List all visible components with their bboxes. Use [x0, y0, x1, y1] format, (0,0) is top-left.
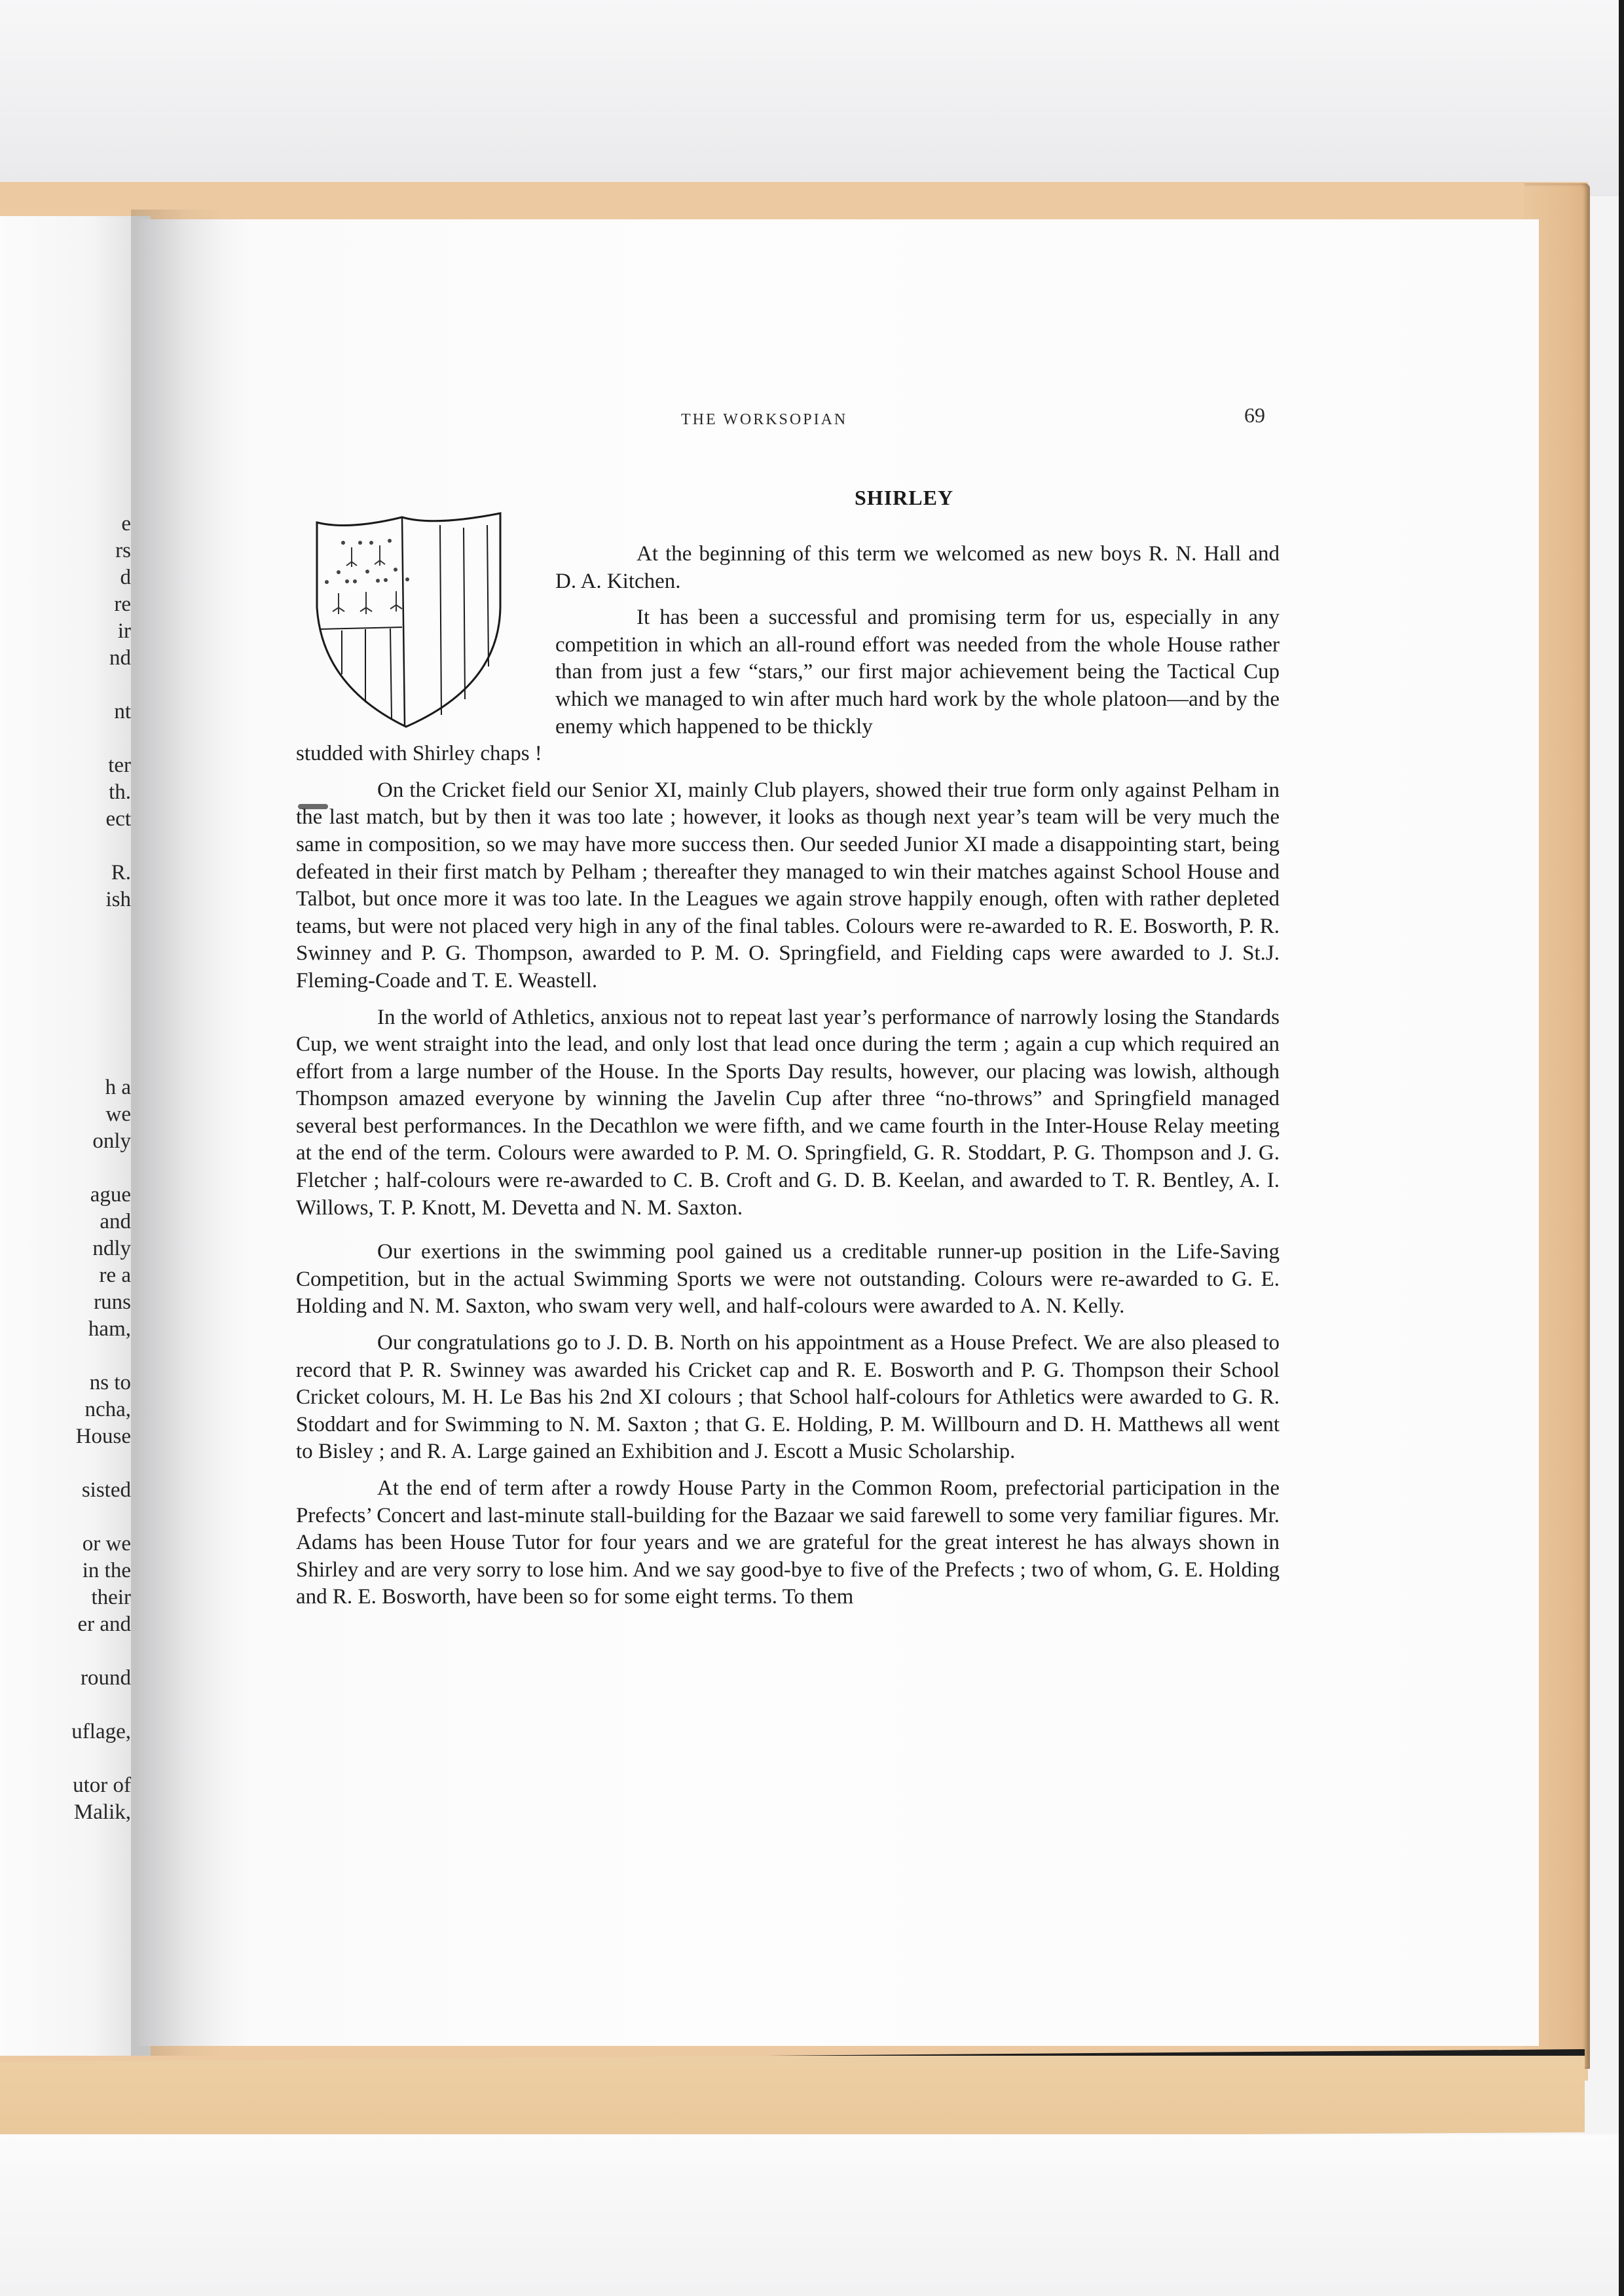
- left-page-line-fragment: er and: [0, 1611, 131, 1638]
- left-page-line-fragment: House: [0, 1423, 131, 1450]
- scanner-background-bottom: [0, 2134, 1624, 2296]
- left-page-line-fragment: [0, 1638, 131, 1665]
- left-page-line-fragment: [0, 1343, 131, 1370]
- left-page-line-fragment: [0, 725, 131, 752]
- left-page-line-fragment: ter: [0, 752, 131, 779]
- paragraph-end-of-term: At the end of term after a rowdy House P…: [296, 1475, 1280, 1611]
- left-page-line-fragment: we: [0, 1101, 131, 1128]
- left-page-line-fragment: re a: [0, 1262, 131, 1289]
- paragraph-athletics: In the world of Athletics, anxious not t…: [296, 1004, 1280, 1222]
- article-title: SHIRLEY: [855, 486, 953, 510]
- left-page-line-fragment: [0, 1048, 131, 1074]
- left-page-line-fragment: ham,: [0, 1316, 131, 1343]
- paragraph-congratulations: Our congratulations go to J. D. B. North…: [296, 1330, 1280, 1466]
- page-number: 69: [1244, 403, 1265, 428]
- scanner-background-top: [0, 0, 1624, 196]
- left-page-line-fragment: nd: [0, 645, 131, 672]
- scanner-edge: [1619, 0, 1624, 2296]
- crest-wrap-block: At the beginning of this term we welcome…: [296, 541, 1280, 740]
- left-page-line-fragment: ir: [0, 618, 131, 645]
- left-page-line-fragment: and: [0, 1209, 131, 1235]
- paragraph-tactical-cup-continued: studded with Shirley chaps !: [296, 740, 1280, 768]
- left-page-line-fragment: h a: [0, 1074, 131, 1101]
- paragraph-swimming: Our exertions in the swimming pool gaine…: [296, 1239, 1280, 1321]
- left-page-line-fragment: R.: [0, 860, 131, 886]
- left-page-line-fragment: in the: [0, 1558, 131, 1584]
- left-page-line-fragment: [0, 833, 131, 860]
- left-page-line-fragment: [0, 1155, 131, 1182]
- left-page-line-fragment: round: [0, 1665, 131, 1692]
- left-page-line-fragment: utor of: [0, 1772, 131, 1799]
- left-page-text-fragments: ersdreirndntterth.ectR.ishh aweonlyaguea…: [0, 511, 131, 1826]
- left-page-line-fragment: [0, 1504, 131, 1531]
- paragraph-tactical-cup: It has been a successful and promising t…: [555, 604, 1280, 740]
- book-cover-bottom-edge: [0, 2049, 1585, 2140]
- left-page-line-fragment: nt: [0, 699, 131, 725]
- left-page-line-fragment: ncha,: [0, 1396, 131, 1423]
- left-page-line-fragment: only: [0, 1128, 131, 1155]
- left-page-line-fragment: ague: [0, 1182, 131, 1209]
- running-head: THE WORKSOPIAN: [681, 411, 847, 429]
- left-page-line-fragment: [0, 1021, 131, 1048]
- left-page-line-fragment: runs: [0, 1289, 131, 1316]
- left-page-line-fragment: or we: [0, 1531, 131, 1558]
- left-page-line-fragment: uflage,: [0, 1719, 131, 1745]
- left-page-line-fragment: ns to: [0, 1370, 131, 1396]
- left-page-line-fragment: their: [0, 1584, 131, 1611]
- left-page-line-fragment: [0, 913, 131, 940]
- left-page-line-fragment: ish: [0, 886, 131, 913]
- left-page-line-fragment: rs: [0, 538, 131, 564]
- left-page-line-fragment: ndly: [0, 1235, 131, 1262]
- left-page-line-fragment: d: [0, 564, 131, 591]
- left-page-line-fragment: [0, 1745, 131, 1772]
- left-page-line-fragment: [0, 994, 131, 1021]
- left-page-line-fragment: [0, 1692, 131, 1719]
- article-body: At the beginning of this term we welcome…: [296, 541, 1280, 1611]
- left-page-line-fragment: sisted: [0, 1477, 131, 1504]
- book-gutter-shadow: [131, 210, 223, 2056]
- paragraph-cricket: On the Cricket field our Senior XI, main…: [296, 777, 1280, 995]
- left-page-line-fragment: Malik,: [0, 1799, 131, 1826]
- left-page-line-fragment: e: [0, 511, 131, 538]
- left-page-line-fragment: re: [0, 591, 131, 618]
- left-page-line-fragment: ect: [0, 806, 131, 833]
- left-page-line-fragment: [0, 967, 131, 994]
- left-page-line-fragment: th.: [0, 779, 131, 806]
- left-page-line-fragment: [0, 940, 131, 967]
- left-page-line-fragment: [0, 1450, 131, 1477]
- left-page-line-fragment: [0, 672, 131, 699]
- paragraph-new-boys: At the beginning of this term we welcome…: [555, 541, 1280, 595]
